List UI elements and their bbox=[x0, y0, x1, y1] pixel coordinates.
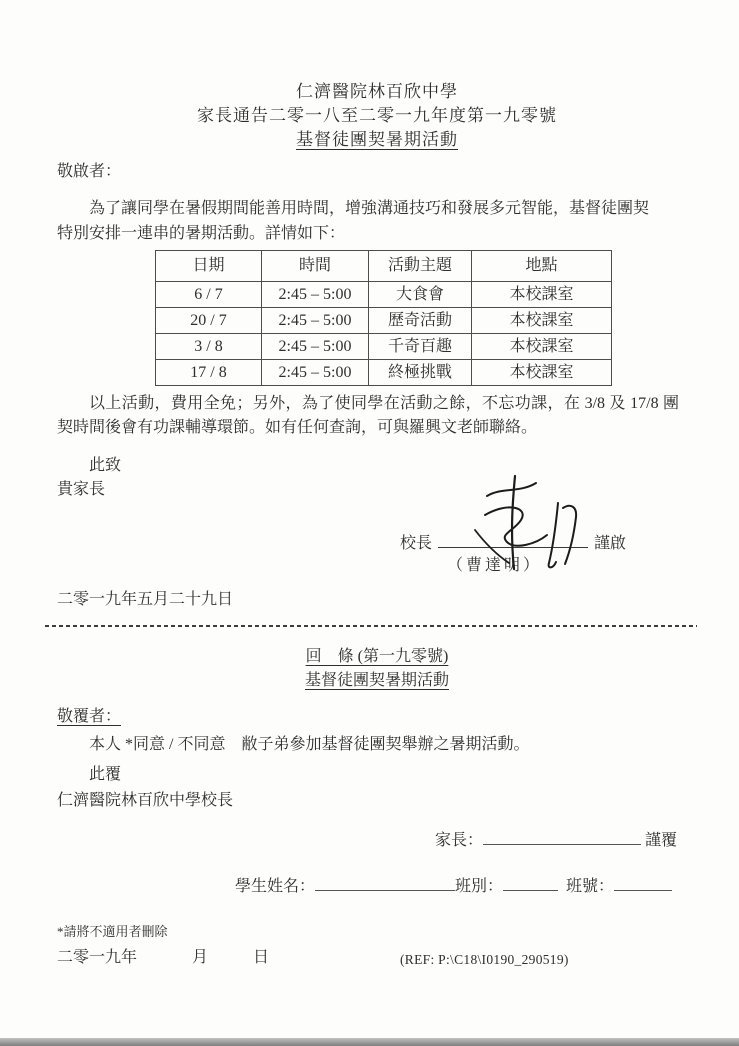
school-name: 仁濟醫院林百欣中學 bbox=[57, 80, 697, 104]
principal-sign-row: 校長謹啟 bbox=[400, 532, 697, 556]
reply-slip-subtitle: 基督徒團契暑期活動 bbox=[57, 669, 697, 693]
table-row: 17 / 8 2:45 – 5:00 終極挑戰 本校課室 bbox=[156, 360, 612, 386]
closing-cizhi: 此致 bbox=[89, 454, 697, 478]
table-header-row: 日期 時間 活動主題 地點 bbox=[156, 251, 612, 282]
student-info-row: 學生姓名：班別：班號： bbox=[235, 875, 697, 899]
reply-date-month: 月 bbox=[192, 949, 208, 966]
reply-date-year: 二零一九年 bbox=[57, 949, 137, 966]
parent-signature-line bbox=[483, 831, 641, 845]
letter-intro-paragraph: 為了讓同學在暑假期間能善用時間，增強溝通技巧和發展多元智能，基督徒團契特別安排一… bbox=[57, 196, 649, 246]
cell-theme: 千奇百趣 bbox=[369, 334, 472, 360]
signature-block: 校長謹啟 （曹達明） bbox=[57, 532, 697, 576]
th-date: 日期 bbox=[156, 251, 262, 282]
cell-venue: 本校課室 bbox=[472, 282, 612, 308]
letter-outro-paragraph: 以上活動，費用全免；另外，為了使同學在活動之餘，不忘功課，在 3/8 及 17/… bbox=[57, 392, 679, 440]
principal-signature-line bbox=[438, 534, 588, 548]
cell-theme: 大食會 bbox=[369, 282, 472, 308]
class-line bbox=[503, 877, 558, 891]
class-label: 班別： bbox=[455, 878, 503, 895]
principal-suffix: 謹啟 bbox=[594, 535, 626, 552]
reply-slip-title-text: 回 條 (第一九零號) bbox=[306, 648, 449, 665]
parent-signature-row: 家長：謹覆 bbox=[435, 829, 697, 853]
cell-date: 17 / 8 bbox=[156, 360, 262, 386]
letter-date: 二零一九年五月二十九日 bbox=[57, 588, 697, 612]
student-name-line bbox=[315, 877, 455, 891]
parent-label: 家長： bbox=[435, 832, 483, 849]
cut-line-separator bbox=[45, 625, 697, 627]
th-time: 時間 bbox=[262, 251, 369, 282]
class-no-label: 班號： bbox=[566, 878, 614, 895]
cell-date: 6 / 7 bbox=[156, 282, 262, 308]
consent-line: 本人 *同意 / 不同意 敝子弟參加基督徒團契舉辦之暑期活動。 bbox=[89, 733, 697, 757]
reply-salutation-text: 敬覆者： bbox=[57, 708, 121, 725]
table-row: 3 / 8 2:45 – 5:00 千奇百趣 本校課室 bbox=[156, 334, 612, 360]
cell-time: 2:45 – 5:00 bbox=[262, 334, 369, 360]
reply-closing: 此覆 bbox=[89, 763, 697, 787]
parent-suffix: 謹覆 bbox=[645, 832, 677, 849]
cell-time: 2:45 – 5:00 bbox=[262, 360, 369, 386]
reply-slip-title: 回 條 (第一九零號) bbox=[57, 645, 697, 669]
cell-date: 3 / 8 bbox=[156, 334, 262, 360]
cell-time: 2:45 – 5:00 bbox=[262, 308, 369, 334]
class-no-line bbox=[614, 877, 672, 891]
reply-date-day: 日 bbox=[253, 949, 269, 966]
letter-salutation: 敬啟者： bbox=[57, 160, 697, 184]
closing-addressee: 貴家長 bbox=[57, 478, 697, 502]
notice-number-line: 家長通告二零一八至二零一九年度第一九零號 bbox=[57, 104, 697, 128]
principal-label: 校長 bbox=[400, 535, 432, 552]
table-row: 20 / 7 2:45 – 5:00 歷奇活動 本校課室 bbox=[156, 308, 612, 334]
scan-edge-artifact bbox=[0, 1038, 739, 1046]
cell-venue: 本校課室 bbox=[472, 360, 612, 386]
cell-theme: 歷奇活動 bbox=[369, 308, 472, 334]
th-venue: 地點 bbox=[472, 251, 612, 282]
cell-venue: 本校課室 bbox=[472, 334, 612, 360]
notice-subject: 基督徒團契暑期活動 bbox=[57, 128, 697, 152]
table-row: 6 / 7 2:45 – 5:00 大食會 本校課室 bbox=[156, 282, 612, 308]
principal-name: （曹達明） bbox=[447, 556, 697, 576]
student-name-label: 學生姓名： bbox=[235, 878, 315, 895]
scanned-notice-page: 仁濟醫院林百欣中學 家長通告二零一八至二零一九年度第一九零號 基督徒團契暑期活動… bbox=[0, 0, 739, 1046]
reference-code: (REF: P:\C18\I0190_290519) bbox=[400, 949, 569, 971]
reply-salutation: 敬覆者： bbox=[57, 705, 697, 729]
activities-table: 日期 時間 活動主題 地點 6 / 7 2:45 – 5:00 大食會 本校課室… bbox=[155, 250, 612, 386]
cell-venue: 本校課室 bbox=[472, 308, 612, 334]
cell-theme: 終極挑戰 bbox=[369, 360, 472, 386]
reply-addressee: 仁濟醫院林百欣中學校長 bbox=[57, 789, 697, 813]
reply-date-row: 二零一九年月日 (REF: P:\C18\I0190_290519) bbox=[57, 947, 697, 969]
cell-date: 20 / 7 bbox=[156, 308, 262, 334]
reply-slip-subtitle-text: 基督徒團契暑期活動 bbox=[305, 672, 449, 689]
th-theme: 活動主題 bbox=[369, 251, 472, 282]
notice-subject-text: 基督徒團契暑期活動 bbox=[296, 130, 458, 149]
cell-time: 2:45 – 5:00 bbox=[262, 282, 369, 308]
delete-inapplicable-footnote: *請將不適用者刪除 bbox=[57, 923, 697, 941]
